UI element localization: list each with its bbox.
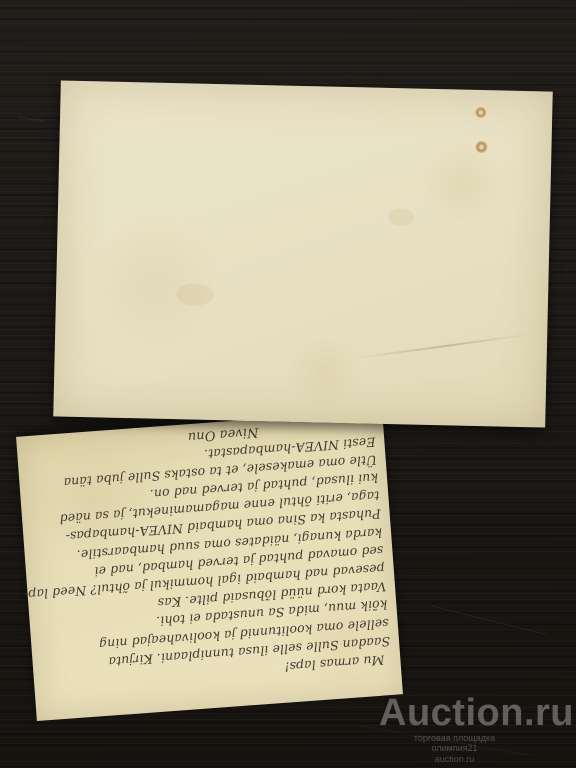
wood-grain-streak	[432, 605, 549, 635]
photo-scene: Mu armas laps! Saadan Sulle selle ilusa …	[0, 0, 576, 768]
watermark-subtitle: торговая площадка	[379, 733, 576, 744]
paper-stain	[176, 283, 214, 306]
watermark-brand: Auction.ru	[379, 693, 576, 733]
watermark-seller: олимпия21	[379, 743, 576, 754]
letter-text: Mu armas laps! Saadan Sulle selle ilusa …	[16, 407, 403, 721]
paper-crease	[356, 333, 533, 359]
rust-spot	[475, 107, 486, 118]
paper-stain	[388, 208, 414, 227]
blank-sheet	[53, 80, 552, 427]
letter-card: Mu armas laps! Saadan Sulle selle ilusa …	[16, 410, 403, 721]
watermark: Auction.ru торговая площадка олимпия21 a…	[379, 693, 576, 765]
watermark-site: auction.ru	[379, 754, 576, 765]
wood-grain-streak	[361, 725, 529, 756]
wood-scratch	[18, 116, 44, 122]
rust-spot	[475, 141, 487, 153]
